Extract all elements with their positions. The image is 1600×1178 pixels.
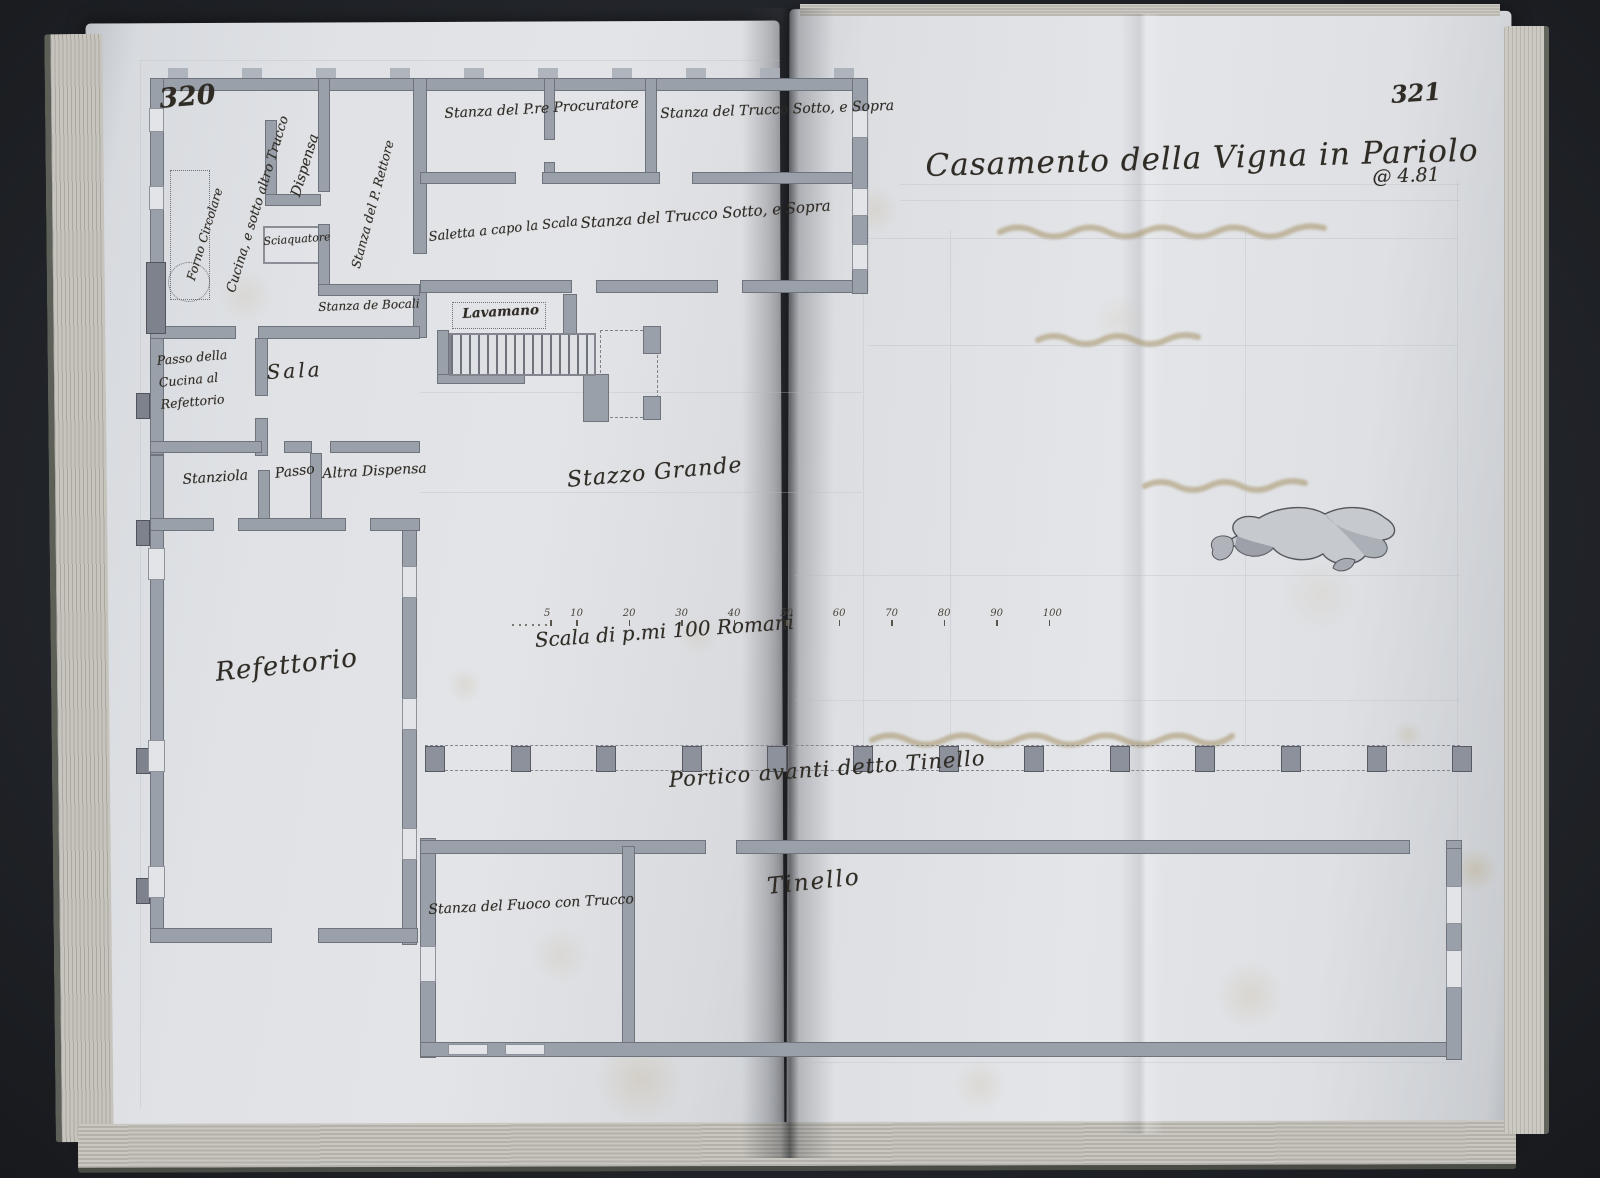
pencil-line <box>1457 180 1458 840</box>
pencil-line <box>795 700 1460 701</box>
wall-segment <box>420 172 516 184</box>
pencil-line <box>140 60 141 1108</box>
wall-segment <box>284 441 312 453</box>
pencil-line <box>800 1062 1460 1063</box>
page-number-left: 320 <box>158 79 217 115</box>
scale-tick-label: 100 <box>1043 608 1062 619</box>
portico-pillar <box>511 746 531 772</box>
wall-segment <box>149 186 164 210</box>
scale-tick-mark <box>839 620 841 626</box>
wall-segment <box>622 846 635 1054</box>
wall-segment <box>420 280 572 293</box>
portico-pillar <box>1452 746 1472 772</box>
portico-pillar <box>1367 746 1387 772</box>
wall-segment <box>542 172 660 184</box>
scale-tick-mark <box>996 620 998 626</box>
portico-pillar <box>596 746 616 772</box>
portico-pillar <box>1195 746 1215 772</box>
book-photograph: 320 321 Casamento della Vigna in Pariolo… <box>0 0 1600 1178</box>
pencil-line <box>863 292 864 747</box>
portico-pillar <box>425 746 445 772</box>
wall-segment <box>136 393 150 419</box>
wall-segment <box>136 520 150 546</box>
scale-tick-mark <box>944 620 946 626</box>
pencil-line <box>950 230 951 750</box>
scale-tick-mark <box>576 620 578 626</box>
wall-segment <box>583 374 609 422</box>
passo-cucina-line3: Refettorio <box>160 391 225 412</box>
scale-tick-mark <box>681 620 683 626</box>
pencil-line <box>900 200 1460 201</box>
wall-segment <box>330 441 420 453</box>
wall-segment <box>413 78 427 254</box>
room-label-sala: Sala <box>266 357 323 384</box>
wall-segment <box>420 840 706 854</box>
scale-tick-mark <box>1049 620 1051 626</box>
wall-segment <box>852 244 868 270</box>
scale-tick-label: 80 <box>938 608 951 619</box>
pencil-line <box>420 492 862 493</box>
portico-pillar <box>1281 746 1301 772</box>
scale-tick-label: 90 <box>990 608 1003 619</box>
portico-pillar <box>1110 746 1130 772</box>
pencil-line <box>868 345 1458 346</box>
scale-tick-dot <box>512 624 514 626</box>
book-fore-edge-left <box>44 34 114 1143</box>
passo-cucina-line2: Cucina al <box>158 370 219 390</box>
wall-segment <box>1446 950 1462 988</box>
wall-segment <box>148 866 165 898</box>
scale-tick-mark <box>629 620 631 626</box>
wall-segment <box>505 1044 545 1055</box>
wall-segment <box>402 828 417 860</box>
pencil-line <box>140 60 780 61</box>
pencil-line <box>868 238 1458 239</box>
wall-segment <box>742 280 868 293</box>
scale-tick-dot <box>538 624 540 626</box>
wall-segment <box>402 566 417 598</box>
wall-segment <box>258 326 420 339</box>
wall-segment <box>318 284 420 296</box>
ink-flourish <box>1205 498 1420 578</box>
wall-segment <box>402 698 417 730</box>
wall-segment <box>150 928 272 943</box>
wall-segment <box>420 1042 1462 1057</box>
book-fore-edge-right <box>1504 26 1549 1134</box>
wall-segment <box>736 840 1410 854</box>
book-page-stack-top <box>800 4 1500 16</box>
scale-tick-label: 30 <box>675 608 688 619</box>
wall-segment <box>318 928 418 943</box>
portico-pillar <box>1024 746 1044 772</box>
scale-tick-dot <box>525 624 527 626</box>
wall-segment <box>148 740 165 772</box>
scale-tick-label: 70 <box>885 608 898 619</box>
scale-tick-dot <box>545 624 547 626</box>
wall-segment <box>852 188 868 216</box>
scale-tick-mark <box>734 620 736 626</box>
scale-tick-dot <box>532 624 534 626</box>
scale-tick-label: 10 <box>570 608 583 619</box>
wall-segment <box>420 946 436 982</box>
scale-tick-mark <box>891 620 893 626</box>
passo-cucina-line1: Passo della <box>156 347 228 368</box>
scale-tick-label: 50 <box>780 608 793 619</box>
wall-segment <box>238 518 346 531</box>
wall-segment <box>563 294 577 334</box>
wall-segment <box>643 326 661 354</box>
wall-segment <box>448 1044 488 1055</box>
scale-tick-label: 5 <box>544 608 550 619</box>
page-number-right: 321 <box>1390 77 1442 109</box>
wall-segment <box>596 280 718 293</box>
scale-tick-mark <box>786 620 788 626</box>
wall-segment <box>692 172 868 184</box>
scale-tick-mark <box>550 620 552 626</box>
wall-segment <box>643 396 661 420</box>
pencil-line <box>1245 230 1246 750</box>
scale-tick-dot <box>519 624 521 626</box>
wall-segment <box>150 518 214 531</box>
scale-tick-label: 20 <box>623 608 636 619</box>
wall-segment <box>1446 886 1462 924</box>
plan-title-annotation: @ 4.81 <box>1372 164 1440 188</box>
staircase <box>449 333 596 376</box>
wall-segment <box>258 470 270 520</box>
scale-tick-label: 60 <box>833 608 846 619</box>
wall-segment <box>148 548 165 580</box>
wall-segment <box>146 262 166 334</box>
wall-segment <box>645 78 657 184</box>
room-label-passo-cucina: Passo della Cucina al Refettorio <box>156 344 232 416</box>
wall-segment <box>150 441 262 453</box>
wall-segment <box>150 78 868 91</box>
scale-tick-label: 40 <box>728 608 741 619</box>
